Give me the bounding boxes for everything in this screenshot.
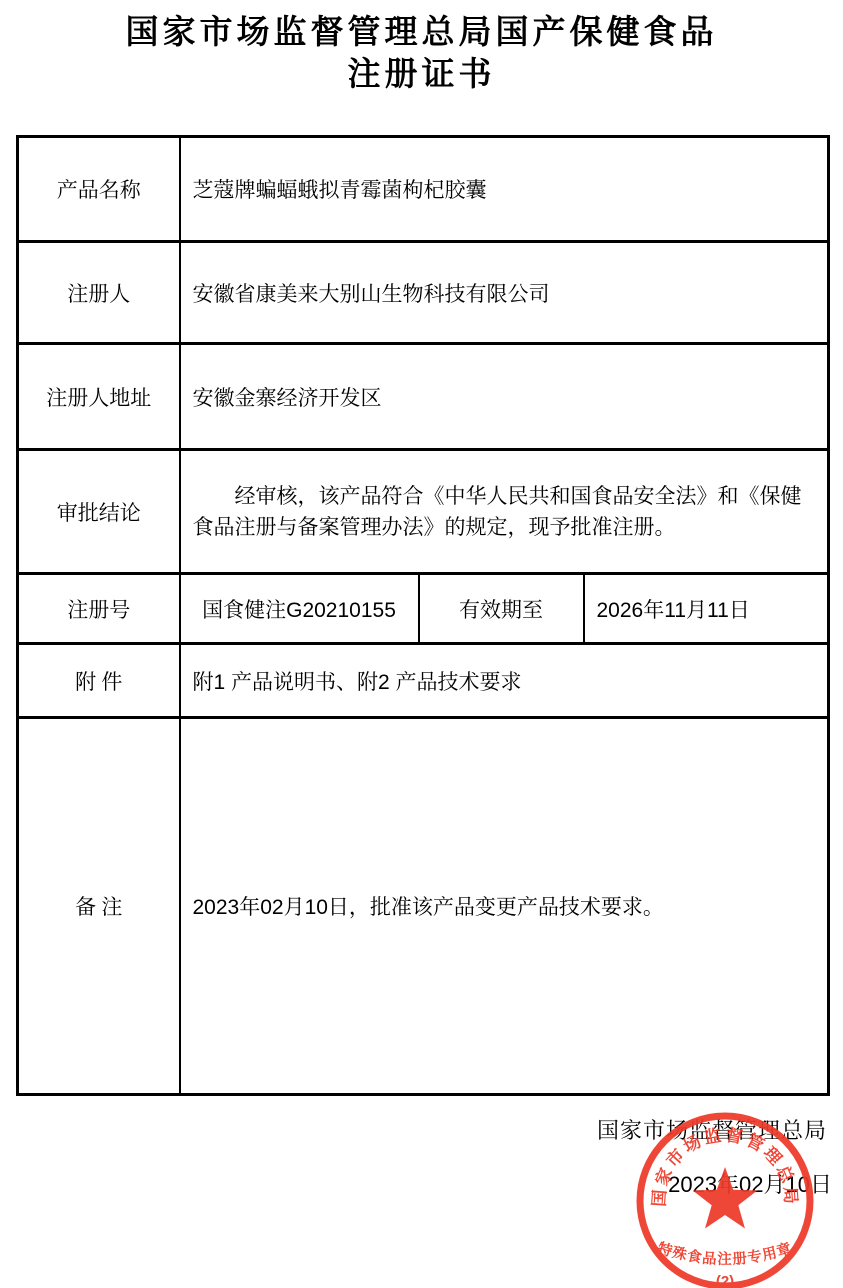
product-name-value: 芝蔻牌蝙蝠蛾拟青霉菌枸杞胶囊: [180, 137, 829, 242]
row-attachments: 附 件 附1 产品说明书、附2 产品技术要求: [18, 644, 829, 718]
remarks-value: 2023年02月10日，批准该产品变更产品技术要求。: [180, 718, 829, 1095]
attachments-value: 附1 产品说明书、附2 产品技术要求: [180, 644, 829, 718]
registrant-address-value: 安徽金寨经济开发区: [180, 344, 829, 450]
validity-date-value: 2026年11月11日: [584, 574, 829, 644]
seal-number: (2): [716, 1273, 734, 1288]
seal-banner-text-holder: 特殊食品注册专用章: [655, 1239, 794, 1268]
certificate-page: 国家市场监督管理总局国产保健食品 注册证书 产品名称 芝蔻牌蝙蝠蛾拟青霉菌枸杞胶…: [0, 0, 843, 1288]
official-seal: 国家市场监督管理总局 特殊食品注册专用章 (2): [630, 1106, 820, 1288]
certificate-table: 产品名称 芝蔻牌蝙蝠蛾拟青霉菌枸杞胶囊 注册人 安徽省康美来大别山生物科技有限公…: [16, 135, 830, 1096]
certificate-title: 国家市场监督管理总局国产保健食品 注册证书: [0, 12, 843, 96]
row-remarks: 备 注 2023年02月10日，批准该产品变更产品技术要求。: [18, 718, 829, 1095]
seal-star-icon: [693, 1167, 758, 1229]
attachments-label: 附 件: [18, 644, 180, 718]
row-approval-conclusion: 审批结论 经审核，该产品符合《中华人民共和国食品安全法》和《保健食品注册与备案管…: [18, 450, 829, 574]
certificate-title-line2: 注册证书: [0, 54, 843, 96]
product-name-label: 产品名称: [18, 137, 180, 242]
seal-banner-text: 特殊食品注册专用章: [655, 1239, 794, 1268]
approval-conclusion-value: 经审核，该产品符合《中华人民共和国食品安全法》和《保健食品注册与备案管理办法》的…: [180, 450, 829, 574]
approval-conclusion-label: 审批结论: [18, 450, 180, 574]
registrant-value: 安徽省康美来大别山生物科技有限公司: [180, 242, 829, 344]
row-registration-number: 注册号 国食健注G20210155 有效期至 2026年11月11日: [18, 574, 829, 644]
approval-conclusion-text: 经审核，该产品符合《中华人民共和国食品安全法》和《保健食品注册与备案管理办法》的…: [193, 481, 814, 543]
certificate-title-line1: 国家市场监督管理总局国产保健食品: [0, 12, 843, 54]
remarks-label: 备 注: [18, 718, 180, 1095]
registrant-label: 注册人: [18, 242, 180, 344]
row-registrant: 注册人 安徽省康美来大别山生物科技有限公司: [18, 242, 829, 344]
row-registrant-address: 注册人地址 安徽金寨经济开发区: [18, 344, 829, 450]
registrant-address-label: 注册人地址: [18, 344, 180, 450]
row-product-name: 产品名称 芝蔻牌蝙蝠蛾拟青霉菌枸杞胶囊: [18, 137, 829, 242]
validity-label: 有效期至: [419, 574, 584, 644]
registration-number-value: 国食健注G20210155: [180, 574, 419, 644]
registration-number-label: 注册号: [18, 574, 180, 644]
